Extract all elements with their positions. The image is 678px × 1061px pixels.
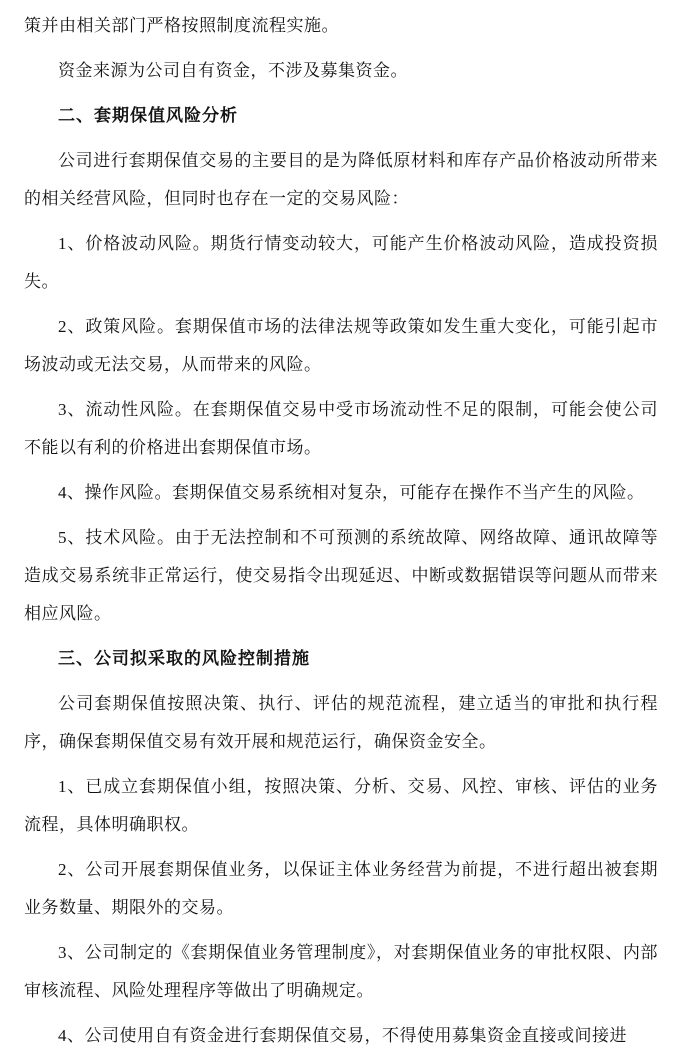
paragraph: 4、操作风险。套期保值交易系统相对复杂，可能存在操作不当产生的风险。	[24, 474, 658, 512]
paragraph: 1、价格波动风险。期货行情变动较大，可能产生价格波动风险，造成投资损失。	[24, 225, 658, 301]
document-content: 策并由相关部门严格按照制度流程实施。资金来源为公司自有资金，不涉及募集资金。二、…	[24, 7, 658, 1055]
document-page: 策并由相关部门严格按照制度流程实施。资金来源为公司自有资金，不涉及募集资金。二、…	[0, 0, 678, 1061]
paragraph: 3、公司制定的《套期保值业务管理制度》，对套期保值业务的审批权限、内部审核流程、…	[24, 934, 658, 1010]
paragraph: 3、流动性风险。在套期保值交易中受市场流动性不足的限制，可能会使公司不能以有利的…	[24, 391, 658, 467]
section-heading: 三、公司拟采取的风险控制措施	[24, 640, 658, 678]
paragraph: 4、公司使用自有资金进行套期保值交易，不得使用募集资金直接或间接进	[24, 1017, 658, 1055]
paragraph: 1、已成立套期保值小组，按照决策、分析、交易、风控、审核、评估的业务流程，具体明…	[24, 768, 658, 844]
paragraph: 2、政策风险。套期保值市场的法律法规等政策如发生重大变化，可能引起市场波动或无法…	[24, 308, 658, 384]
paragraph: 公司进行套期保值交易的主要目的是为降低原材料和库存产品价格波动所带来的相关经营风…	[24, 142, 658, 218]
paragraph: 5、技术风险。由于无法控制和不可预测的系统故障、网络故障、通讯故障等造成交易系统…	[24, 519, 658, 633]
paragraph: 公司套期保值按照决策、执行、评估的规范流程，建立适当的审批和执行程序，确保套期保…	[24, 685, 658, 761]
paragraph: 资金来源为公司自有资金，不涉及募集资金。	[24, 52, 658, 90]
section-heading: 二、套期保值风险分析	[24, 97, 658, 135]
paragraph: 2、公司开展套期保值业务，以保证主体业务经营为前提，不进行超出被套期业务数量、期…	[24, 851, 658, 927]
paragraph: 策并由相关部门严格按照制度流程实施。	[24, 7, 658, 45]
